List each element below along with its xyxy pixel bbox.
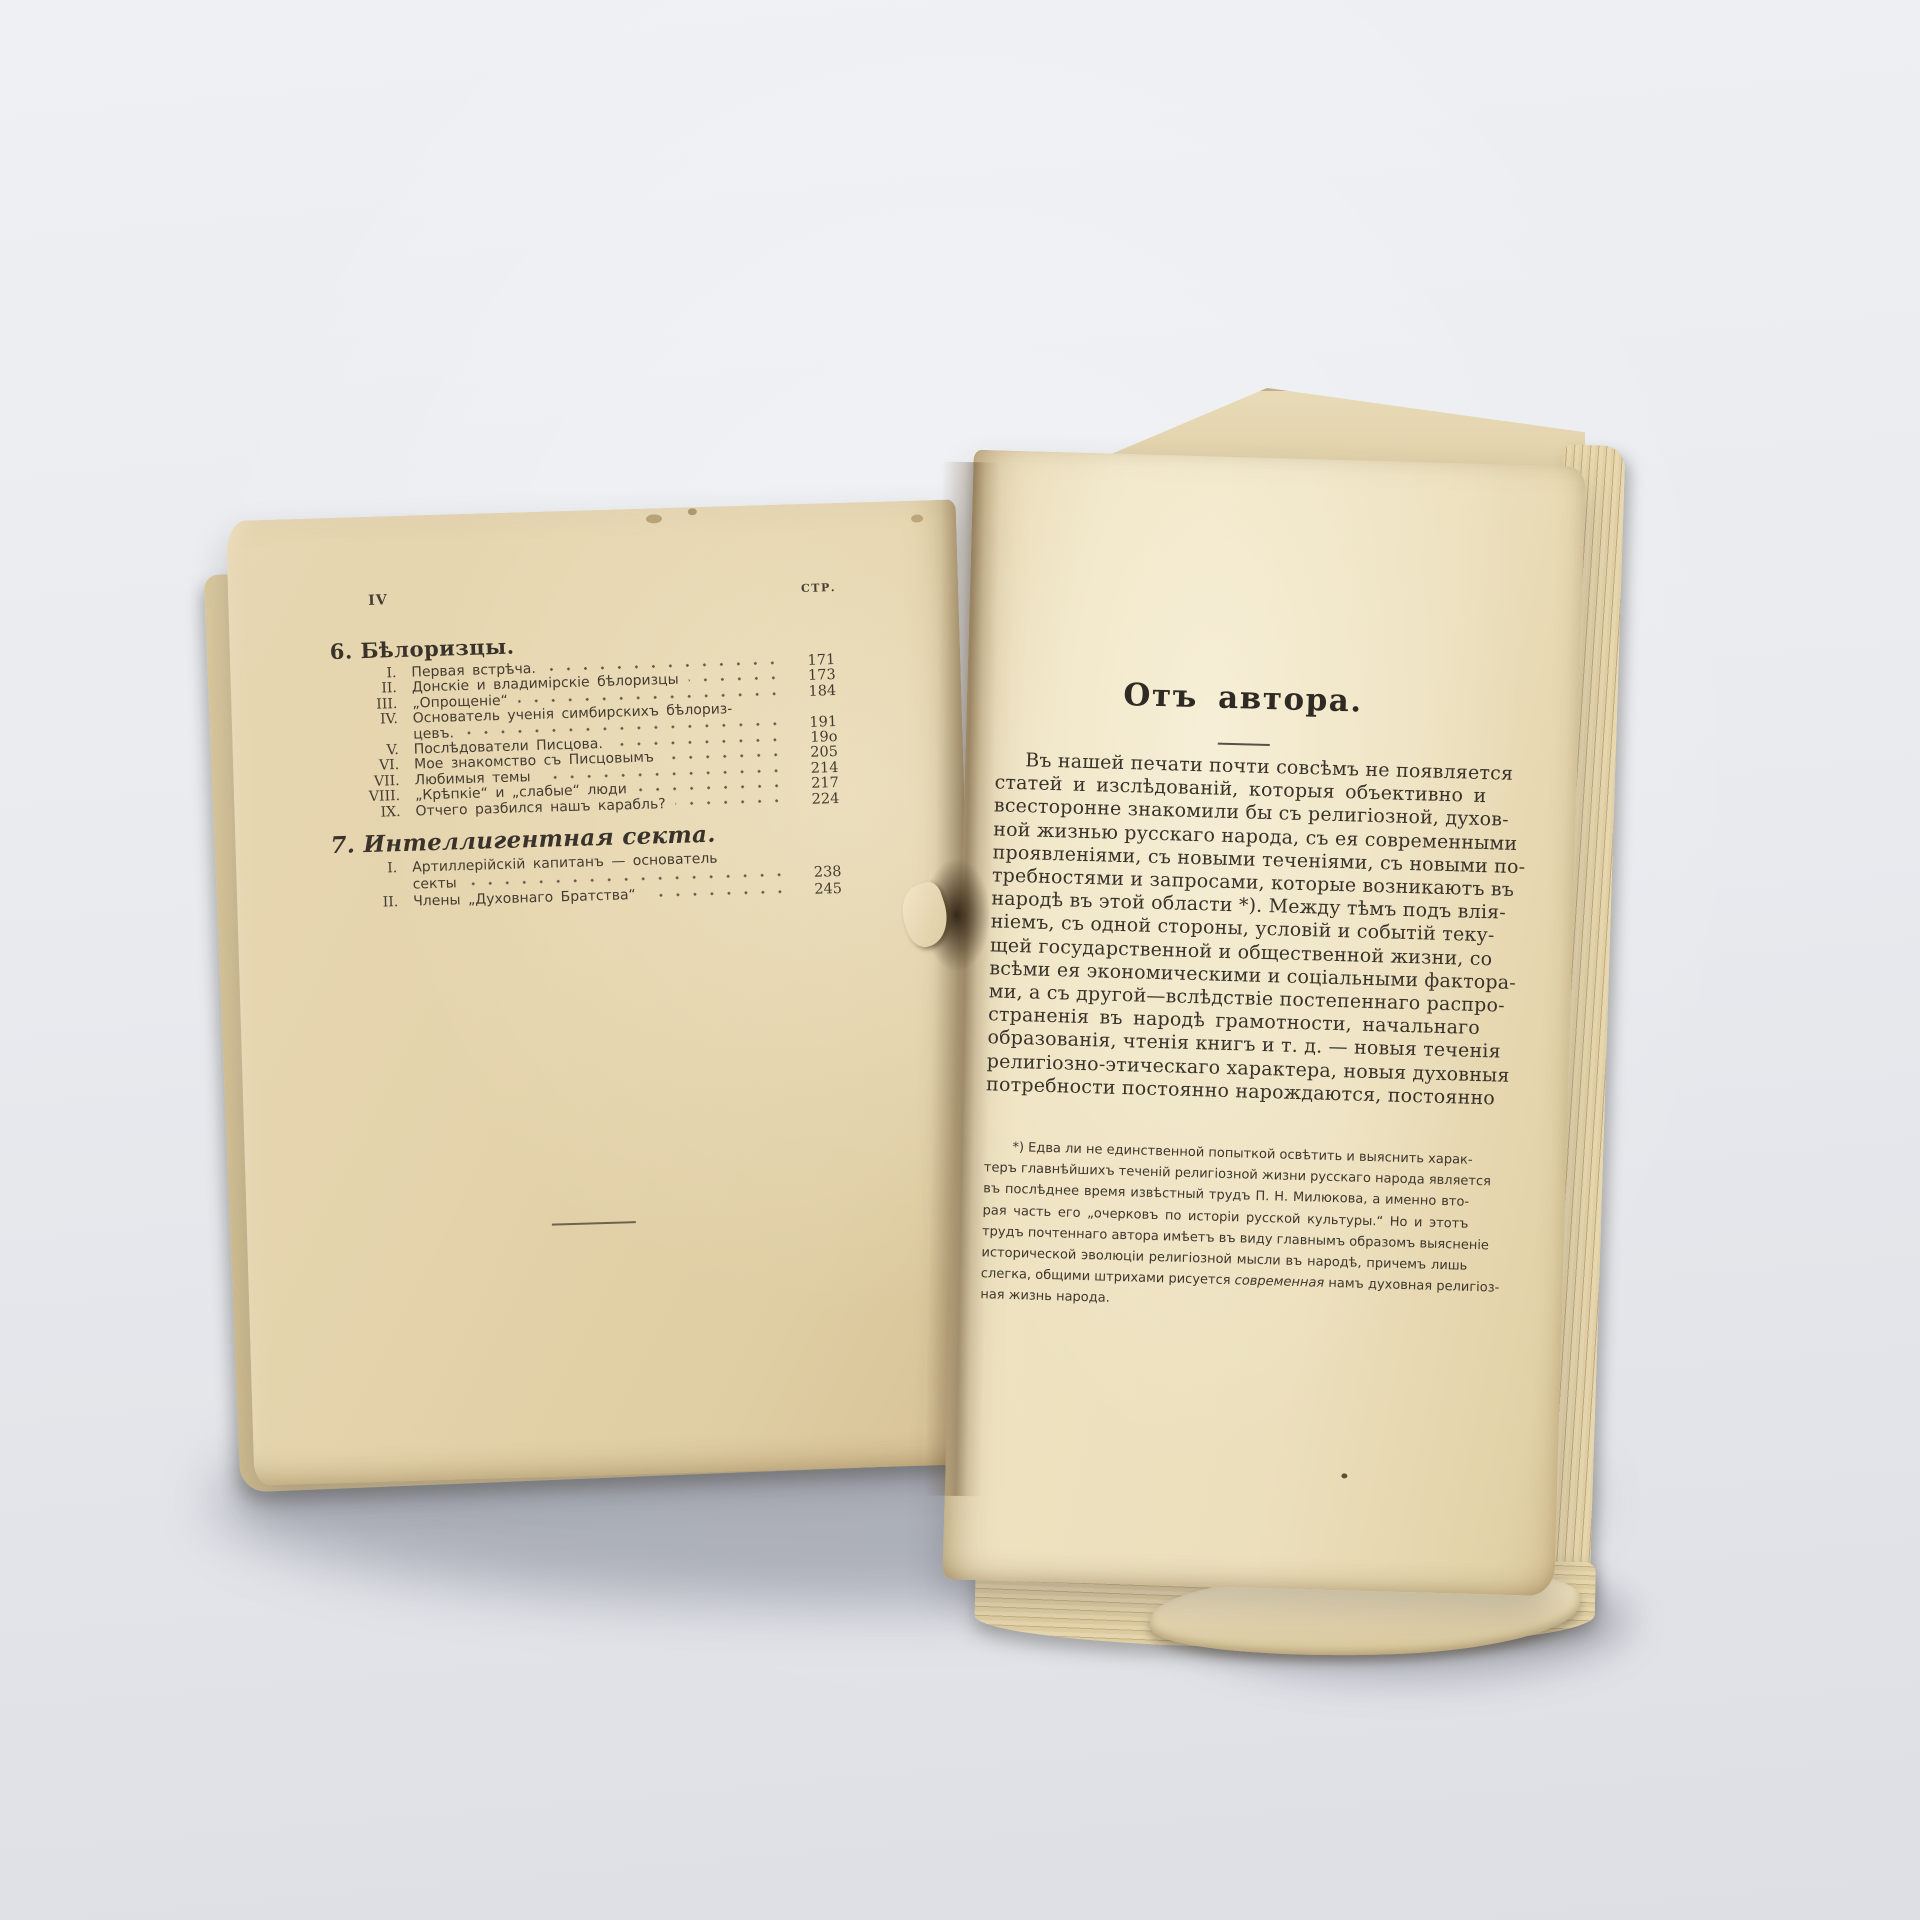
right-page: Отъ автора. Въ нашей печати почти совсѣм… bbox=[942, 450, 1585, 1597]
footnote-separator-rule bbox=[989, 1114, 1141, 1120]
toc-item-page: 245 bbox=[796, 881, 842, 899]
toc-item-numeral: I. bbox=[331, 860, 397, 879]
footnote-emphasized-word: современная bbox=[1234, 1274, 1324, 1291]
book-photograph: { "left_page": { "folio": "IV", "column_… bbox=[0, 0, 1920, 1920]
toc-item-numeral: IX. bbox=[334, 805, 400, 822]
dot-leader bbox=[742, 704, 783, 715]
preface-paragraph: Въ нашей печати почти совсѣмъ не появляе… bbox=[986, 748, 1488, 1110]
toc-item-numeral bbox=[332, 889, 398, 891]
toc-item-numeral bbox=[332, 739, 398, 741]
paper-stain bbox=[646, 514, 662, 523]
paper-stain bbox=[688, 508, 697, 515]
toc-item-page bbox=[791, 710, 837, 711]
left-page: IV СТР. 6. Бѣлоризцы. I. Первая встрѣча.… bbox=[226, 499, 984, 1485]
dot-leader bbox=[664, 750, 784, 764]
chapter-title: Отъ автора. bbox=[997, 672, 1490, 724]
title-rule bbox=[1218, 743, 1270, 746]
toc-section-6: 6. Бѣлоризцы. I. Первая встрѣча. 171 II.… bbox=[329, 625, 839, 822]
dot-leader bbox=[646, 886, 789, 900]
footnote: *) Едва ли не единственной попыткой освѣ… bbox=[980, 1136, 1471, 1319]
page-header-row: IV СТР. bbox=[368, 579, 836, 609]
paper-stain bbox=[911, 514, 923, 522]
toc-section-7: 7. Интеллигентная секта. I. Артиллерійск… bbox=[330, 819, 842, 913]
toc-item-label: секты bbox=[412, 875, 456, 893]
toc-item-numeral: II. bbox=[332, 894, 398, 913]
toc-item-numeral: IV. bbox=[332, 712, 398, 729]
section-divider-rule bbox=[552, 1221, 636, 1225]
toc-item-page: 238 bbox=[795, 864, 841, 882]
dot-leader bbox=[637, 781, 785, 795]
toc-item-page: 224 bbox=[793, 792, 839, 809]
dot-leader bbox=[676, 796, 786, 809]
dot-leader bbox=[727, 852, 787, 864]
paper-speck bbox=[1341, 1473, 1347, 1478]
folio-number: IV bbox=[368, 592, 388, 609]
footnote-text: намъ духовная религіоз- bbox=[1324, 1276, 1499, 1296]
toc-item-page bbox=[795, 859, 841, 860]
page-column-header: СТР. bbox=[801, 581, 836, 595]
toc-item-page: 184 bbox=[790, 684, 836, 701]
dot-leader bbox=[689, 673, 782, 686]
